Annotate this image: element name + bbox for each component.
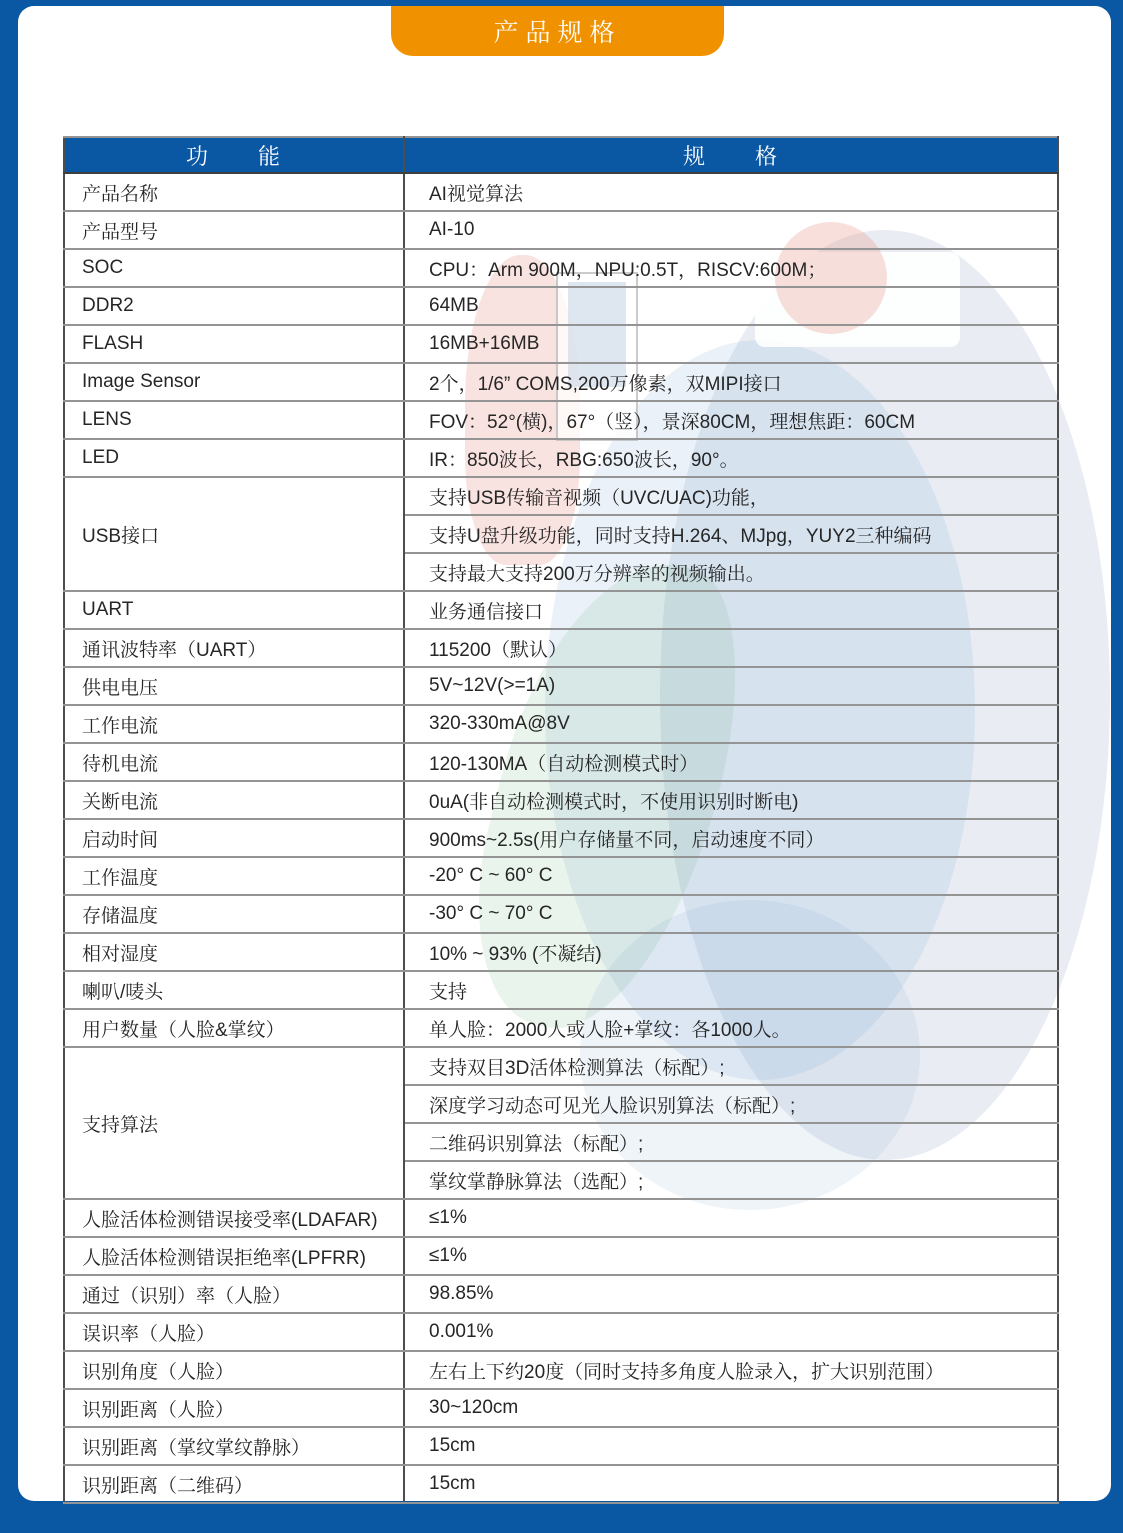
table-row: 待机电流120-130MA（自动检测模式时）	[64, 743, 1058, 781]
func-cell: 识别角度（人脸）	[64, 1351, 404, 1389]
col-header-specification: 规 格	[404, 137, 1058, 173]
spec-cell: 5V~12V(>=1A)	[404, 667, 1058, 705]
func-cell: 喇叭/唛头	[64, 971, 404, 1009]
table-row: 启动时间900ms~2.5s(用户存储量不同，启动速度不同）	[64, 819, 1058, 857]
table-row: 识别距离（人脸）30~120cm	[64, 1389, 1058, 1427]
spec-cell: 98.85%	[404, 1275, 1058, 1313]
spec-cell: 16MB+16MB	[404, 325, 1058, 363]
spec-cell: 掌纹掌静脉算法（选配）;	[404, 1161, 1058, 1199]
spec-cell: 320-330mA@8V	[404, 705, 1058, 743]
table-row: 通过（识别）率（人脸）98.85%	[64, 1275, 1058, 1313]
func-cell: 供电电压	[64, 667, 404, 705]
spec-cell: -20° C ~ 60° C	[404, 857, 1058, 895]
table-row: 误识率（人脸）0.001%	[64, 1313, 1058, 1351]
spec-cell: 二维码识别算法（标配）;	[404, 1123, 1058, 1161]
func-cell: USB接口	[64, 477, 404, 591]
func-cell: 通讯波特率（UART）	[64, 629, 404, 667]
spec-cell: 左右上下约20度（同时支持多角度人脸录入，扩大识别范围）	[404, 1351, 1058, 1389]
func-cell: FLASH	[64, 325, 404, 363]
spec-cell: 115200（默认）	[404, 629, 1058, 667]
spec-cell: 支持USB传输音视频（UVC/UAC)功能，	[404, 477, 1058, 515]
func-cell: 工作电流	[64, 705, 404, 743]
func-cell: 识别距离（掌纹掌纹静脉）	[64, 1427, 404, 1465]
table-row: 识别距离（二维码）15cm	[64, 1465, 1058, 1503]
spec-cell: -30° C ~ 70° C	[404, 895, 1058, 933]
table-row: 识别角度（人脸）左右上下约20度（同时支持多角度人脸录入，扩大识别范围）	[64, 1351, 1058, 1389]
table-row: 通讯波特率（UART）115200（默认）	[64, 629, 1058, 667]
col-header-function: 功 能	[64, 137, 404, 173]
table-row: 工作电流320-330mA@8V	[64, 705, 1058, 743]
table-row: USB接口支持USB传输音视频（UVC/UAC)功能，	[64, 477, 1058, 515]
func-cell: 识别距离（人脸）	[64, 1389, 404, 1427]
table-row: UART业务通信接口	[64, 591, 1058, 629]
spec-cell: 支持双目3D活体检测算法（标配）;	[404, 1047, 1058, 1085]
table-row: 用户数量（人脸&掌纹）单人脸：2000人或人脸+掌纹：各1000人。	[64, 1009, 1058, 1047]
page-title-tab: 产品规格	[391, 6, 724, 56]
func-cell: 识别距离（二维码）	[64, 1465, 404, 1503]
func-cell: 待机电流	[64, 743, 404, 781]
spec-cell: CPU：Arm 900M，NPU:0.5T，RISCV:600M；	[404, 249, 1058, 287]
spec-cell: 15cm	[404, 1427, 1058, 1465]
spec-cell: 120-130MA（自动检测模式时）	[404, 743, 1058, 781]
table-row: 关断电流0uA(非自动检测模式时，不使用识别时断电)	[64, 781, 1058, 819]
spec-cell: ≤1%	[404, 1199, 1058, 1237]
func-cell: Image Sensor	[64, 363, 404, 401]
func-cell: DDR2	[64, 287, 404, 325]
spec-cell: 30~120cm	[404, 1389, 1058, 1427]
spec-cell: IR：850波长，RBG:650波长，90°。	[404, 439, 1058, 477]
spec-cell: 单人脸：2000人或人脸+掌纹：各1000人。	[404, 1009, 1058, 1047]
spec-cell: 2个，1/6” COMS,200万像素，双MIPI接口	[404, 363, 1058, 401]
table-row: 喇叭/唛头支持	[64, 971, 1058, 1009]
table-row: LEDIR：850波长，RBG:650波长，90°。	[64, 439, 1058, 477]
func-cell: 通过（识别）率（人脸）	[64, 1275, 404, 1313]
func-cell: 相对湿度	[64, 933, 404, 971]
func-cell: UART	[64, 591, 404, 629]
spec-cell: 64MB	[404, 287, 1058, 325]
table-row: 识别距离（掌纹掌纹静脉）15cm	[64, 1427, 1058, 1465]
func-cell: 存储温度	[64, 895, 404, 933]
table-row: 产品名称AI视觉算法	[64, 173, 1058, 211]
spec-cell: 10% ~ 93% (不凝结)	[404, 933, 1058, 971]
table-row: 产品型号AI-10	[64, 211, 1058, 249]
spec-cell: ≤1%	[404, 1237, 1058, 1275]
func-cell: 支持算法	[64, 1047, 404, 1199]
table-row: 存储温度-30° C ~ 70° C	[64, 895, 1058, 933]
spec-cell: 深度学习动态可见光人脸识别算法（标配）;	[404, 1085, 1058, 1123]
table-row: 工作温度-20° C ~ 60° C	[64, 857, 1058, 895]
func-cell: 人脸活体检测错误接受率(LDAFAR)	[64, 1199, 404, 1237]
table-row: 人脸活体检测错误接受率(LDAFAR)≤1%	[64, 1199, 1058, 1237]
spec-cell: AI-10	[404, 211, 1058, 249]
table-row: DDR264MB	[64, 287, 1058, 325]
func-cell: SOC	[64, 249, 404, 287]
page-title: 产品规格	[493, 13, 621, 49]
func-cell: 产品型号	[64, 211, 404, 249]
func-cell: LED	[64, 439, 404, 477]
func-cell: 人脸活体检测错误拒绝率(LPFRR)	[64, 1237, 404, 1275]
table-row: 相对湿度10% ~ 93% (不凝结)	[64, 933, 1058, 971]
spec-cell: 900ms~2.5s(用户存储量不同，启动速度不同）	[404, 819, 1058, 857]
func-cell: LENS	[64, 401, 404, 439]
func-cell: 用户数量（人脸&掌纹）	[64, 1009, 404, 1047]
spec-cell: 0uA(非自动检测模式时，不使用识别时断电)	[404, 781, 1058, 819]
spec-cell: 业务通信接口	[404, 591, 1058, 629]
spec-cell: 0.001%	[404, 1313, 1058, 1351]
spec-sheet-page: { "page_title": "产品规格", "colors": { "fra…	[0, 0, 1123, 1533]
func-cell: 启动时间	[64, 819, 404, 857]
spec-cell: 支持最大支持200万分辨率的视频输出。	[404, 553, 1058, 591]
spec-cell: 支持U盘升级功能，同时支持H.264、MJpg，YUY2三种编码	[404, 515, 1058, 553]
table-row: LENSFOV：52°(横)，67°（竖），景深80CM，理想焦距：60CM	[64, 401, 1058, 439]
spec-table: 功 能 规 格 产品名称AI视觉算法 产品型号AI-10 SOCCPU：Arm …	[63, 136, 1059, 1504]
spec-cell: AI视觉算法	[404, 173, 1058, 211]
spec-cell: FOV：52°(横)，67°（竖），景深80CM，理想焦距：60CM	[404, 401, 1058, 439]
table-row: FLASH16MB+16MB	[64, 325, 1058, 363]
func-cell: 误识率（人脸）	[64, 1313, 404, 1351]
spec-cell: 支持	[404, 971, 1058, 1009]
func-cell: 产品名称	[64, 173, 404, 211]
func-cell: 关断电流	[64, 781, 404, 819]
spec-cell: 15cm	[404, 1465, 1058, 1503]
table-row: 支持算法支持双目3D活体检测算法（标配）;	[64, 1047, 1058, 1085]
table-row: 人脸活体检测错误拒绝率(LPFRR)≤1%	[64, 1237, 1058, 1275]
table-header-row: 功 能 规 格	[64, 137, 1058, 173]
table-row: 供电电压5V~12V(>=1A)	[64, 667, 1058, 705]
table-row: Image Sensor2个，1/6” COMS,200万像素，双MIPI接口	[64, 363, 1058, 401]
table-row: SOCCPU：Arm 900M，NPU:0.5T，RISCV:600M；	[64, 249, 1058, 287]
func-cell: 工作温度	[64, 857, 404, 895]
